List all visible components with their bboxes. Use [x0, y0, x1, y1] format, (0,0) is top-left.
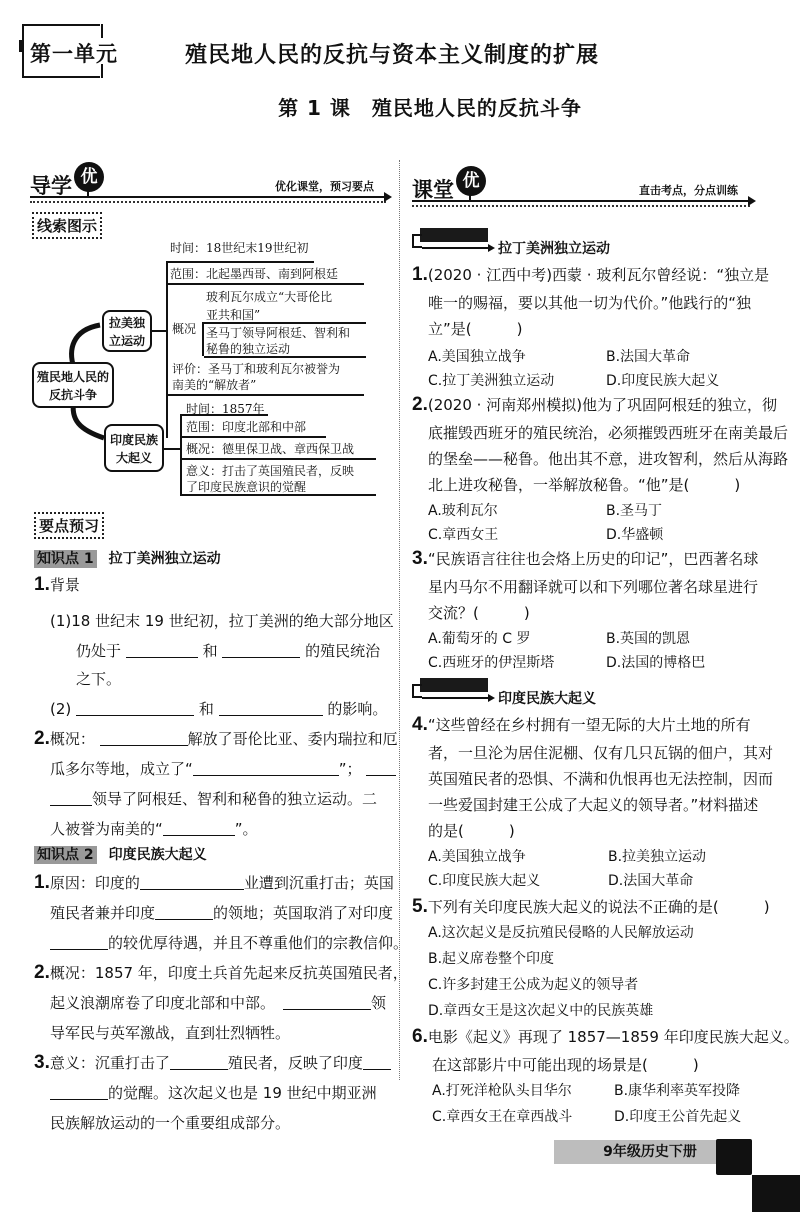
preview-tag: 要点预习	[34, 512, 104, 539]
question-number: 5.	[412, 896, 428, 917]
question-text: 北上进攻秘鲁，一举解放秘鲁。“他”是( )	[428, 474, 740, 495]
b2-scope: 范围：印度北部和中部	[186, 418, 306, 435]
option-d[interactable]: D.印度王公首先起义	[614, 1106, 741, 1126]
branch-india: 印度民族大起义	[104, 424, 164, 472]
connector	[422, 247, 490, 249]
option-d[interactable]: D.华盛顿	[606, 524, 663, 544]
page-tab-marker	[716, 1139, 752, 1175]
topic-label: 拉丁美洲独立运动	[498, 238, 610, 258]
b1-overview-label: 概况	[172, 320, 196, 337]
arrow-right-icon	[384, 192, 392, 202]
section-slogan: 直击考点，分点训练	[639, 182, 738, 198]
answer-blank[interactable]	[76, 702, 194, 716]
item-number: 1.	[34, 574, 50, 595]
kp2-item2-b: 起义浪潮席卷了印度北部和中部。领	[50, 992, 386, 1013]
connector	[166, 261, 314, 263]
question-5: 5.下列有关印度民族大起义的说法不正确的是( )	[412, 896, 770, 918]
b1-overview-2b: 秘鲁的独立运动	[206, 340, 290, 357]
option-c[interactable]: C.章西女王	[428, 524, 498, 544]
text: 领	[371, 994, 386, 1012]
kp1-item2-c: 领导了阿根廷、智利和秘鲁的独立运动。二	[50, 788, 377, 809]
section-rule	[412, 200, 750, 202]
answer-blank[interactable]	[155, 906, 213, 920]
kp1-item2: 2.概况： 解放了哥伦比亚、委内瑞拉和厄	[34, 728, 398, 750]
text: 的领地；英国取消了对印度	[213, 904, 393, 922]
option-c[interactable]: C.章西女王在章西战斗	[432, 1106, 572, 1126]
question-text: “这些曾经在乡村拥有一望无际的大片土地的所有	[428, 716, 751, 734]
question-text: 英国殖民者的恐惧、不满和仇恨再也无法控制，因而	[428, 768, 773, 789]
kp2-item2: 2.概况：1857 年，印度土兵首先起来反抗英国殖民者，	[34, 962, 408, 984]
answer-blank[interactable]	[170, 1056, 228, 1070]
text: 领导了阿根廷、智利和秘鲁的独立运动。二	[92, 790, 377, 808]
option-a[interactable]: A.美国独立战争	[428, 346, 526, 366]
topic-marker	[420, 228, 488, 242]
section-header-guide: 导学 优 优化课堂，预习要点	[30, 160, 392, 200]
answer-blank[interactable]	[163, 822, 235, 836]
text: ”。	[235, 820, 258, 838]
connector	[164, 448, 180, 450]
excellence-badge-icon: 优	[74, 162, 104, 192]
section-rule	[30, 196, 386, 198]
kp2-item1-c: 的较优厚待遇，并且不尊重他们的宗教信仰。	[50, 932, 408, 953]
question-number: 3.	[412, 548, 428, 569]
question-text: (2020 · 河南郑州模拟)他为了巩固阿根廷的独立，彻	[428, 396, 777, 414]
section-dotted-rule	[412, 205, 750, 207]
text: 原因：印度的	[50, 874, 140, 892]
question-text: 的堡垒——秘鲁。他出其不意，进攻智利，然后从海路	[428, 448, 788, 469]
kp2-item1-b: 殖民者兼并印度的领地；英国取消了对印度	[50, 902, 393, 923]
kp1-item2-d: 人被誉为南美的“”。	[50, 818, 258, 839]
knowledge-point-1: 知识点 1拉丁美洲独立运动	[34, 548, 221, 568]
lesson-title: 第 1 课 殖民地人民的反抗斗争	[0, 92, 800, 121]
page-edge-marker	[752, 1175, 800, 1212]
text: 起义浪潮席卷了印度北部和中部。	[50, 994, 275, 1012]
answer-blank[interactable]	[283, 996, 371, 1010]
kp1-item1-s1-end: 之下。	[76, 668, 121, 689]
answer-blank[interactable]	[126, 644, 198, 658]
question-text: “民族语言往往也会烙上历史的印记”，巴西著名球	[428, 550, 759, 568]
connector	[180, 494, 376, 496]
option-a[interactable]: A.打死洋枪队头目华尔	[432, 1080, 572, 1100]
arrow-right-icon	[748, 196, 756, 206]
question-text: 星内马尔不用翻译就可以和下列哪位著名球星进行	[428, 576, 758, 597]
text: 殖民者兼并印度	[50, 904, 155, 922]
option-a[interactable]: A.这次起义是反抗殖民侵略的人民解放运动	[428, 922, 694, 942]
question-text: 的是( )	[428, 820, 515, 841]
option-c[interactable]: C.许多封建王公成为起义的领导者	[428, 974, 638, 994]
question-4: 4.“这些曾经在乡村拥有一望无际的大片土地的所有	[412, 714, 751, 736]
root-node: 殖民地人民的反抗斗争	[32, 362, 114, 408]
option-b[interactable]: B.康华利率英军投降	[614, 1080, 740, 1100]
answer-blank[interactable]	[366, 762, 396, 776]
branch-latin-america: 拉美独立运动	[102, 310, 152, 352]
kp1-item1-s2: (2) 和 的影响。	[50, 698, 387, 719]
topic-label: 印度民族大起义	[498, 688, 596, 708]
question-text: 一些爱国封建王公成了大起义的领导者。”材料描述	[428, 794, 758, 815]
option-b[interactable]: B.拉美独立运动	[608, 846, 706, 866]
answer-blank[interactable]	[50, 792, 92, 806]
connector	[202, 322, 204, 356]
option-a[interactable]: A.玻利瓦尔	[428, 500, 498, 520]
text: 和	[199, 700, 214, 718]
item-number: 3.	[34, 1052, 50, 1073]
question-text: 唯一的赐福，要以其他一切为代价。”他践行的“独	[428, 292, 751, 313]
connector	[166, 394, 364, 396]
question-text: 电影《起义》再现了 1857—1859 年印度民族大起义。	[428, 1028, 799, 1046]
question-number: 6.	[412, 1026, 428, 1047]
text: 业遭到沉重打击；英国	[244, 874, 394, 892]
kp1-item1-s1: (1)18 世纪末 19 世纪初，拉丁美洲的绝大部分地区	[50, 610, 394, 631]
text: 的殖民统治	[305, 642, 380, 660]
connector	[180, 458, 376, 460]
option-c[interactable]: C.印度民族大起义	[428, 870, 540, 890]
mind-map: 殖民地人民的反抗斗争 拉美独立运动 时间：18世纪末19世纪初 范围：北起墨西哥…	[0, 230, 400, 500]
bracket-line	[412, 234, 422, 248]
item-number: 2.	[34, 728, 50, 749]
item-title: 背景	[50, 576, 80, 594]
connector	[180, 414, 182, 494]
option-b[interactable]: B.圣马丁	[606, 500, 662, 520]
question-3: 3.“民族语言往往也会烙上历史的印记”，巴西著名球	[412, 548, 758, 570]
question-1: 1.(2020 · 江西中考)西蒙 · 玻利瓦尔曾经说：“独立是	[412, 264, 769, 286]
b2-meaning-b: 了印度民族意识的觉醒	[186, 478, 306, 495]
text: 和	[203, 642, 218, 660]
option-d[interactable]: D.法国的博格巴	[606, 652, 705, 672]
answer-blank[interactable]	[193, 762, 339, 776]
text: (2)	[50, 700, 71, 718]
text: 的觉醒。这次起义也是 19 世纪中期亚洲	[108, 1084, 377, 1102]
question-number: 2.	[412, 394, 428, 415]
kp2-item3: 3.意义：沉重打击了殖民者，反映了印度	[34, 1052, 391, 1074]
connector	[166, 283, 364, 285]
option-a[interactable]: A.美国独立战争	[428, 846, 526, 866]
text: ”；	[339, 760, 362, 778]
excellence-badge-icon: 优	[456, 166, 486, 196]
answer-blank[interactable]	[222, 644, 300, 658]
knowledge-point-2: 知识点 2印度民族大起义	[34, 844, 207, 864]
answer-blank[interactable]	[100, 732, 188, 746]
text: 解放了哥伦比亚、委内瑞拉和厄	[188, 730, 398, 748]
option-d[interactable]: D.法国大革命	[608, 870, 693, 890]
option-b[interactable]: B.起义席卷整个印度	[428, 948, 554, 968]
bracket-line	[412, 684, 422, 698]
question-text: 下列有关印度民族大起义的说法不正确的是( )	[428, 898, 770, 916]
kp2-item3-b: 的觉醒。这次起义也是 19 世纪中期亚洲	[50, 1082, 377, 1103]
b2-overview: 概况：德里保卫战、章西保卫战	[186, 440, 354, 457]
answer-blank[interactable]	[219, 702, 323, 716]
answer-blank[interactable]	[50, 1086, 108, 1100]
section-dotted-rule	[30, 201, 386, 203]
kp1-item1: 1.背景	[34, 574, 80, 596]
text: 仍处于	[76, 642, 121, 660]
option-c[interactable]: C.拉丁美洲独立运动	[428, 370, 554, 390]
kp-title: 拉丁美洲独立运动	[109, 551, 221, 567]
topic-marker	[420, 678, 488, 692]
text: 殖民者，反映了印度	[228, 1054, 363, 1072]
question-text: 底摧毁西班牙的殖民统治，必须摧毁西班牙在南美最后	[428, 422, 788, 443]
question-number: 1.	[412, 264, 428, 285]
item-number: 1.	[34, 872, 50, 893]
text: 瓜多尔等地，成立了“	[50, 760, 193, 778]
kp-tag: 知识点 1	[34, 550, 97, 568]
kp2-item1: 1.原因：印度的业遭到沉重打击；英国	[34, 872, 394, 894]
kp1-item1-s1-fill: 仍处于 和 的殖民统治	[76, 640, 380, 661]
arrow-right-icon	[488, 244, 495, 252]
connector	[152, 330, 167, 332]
option-d[interactable]: D.印度民族大起义	[606, 370, 719, 390]
option-b[interactable]: B.法国大革命	[606, 346, 690, 366]
section-slogan: 优化课堂，预习要点	[275, 178, 374, 194]
section-header-class: 课堂 优 直击考点，分点训练	[412, 164, 756, 204]
b1-time: 时间：18世纪末19世纪初	[170, 239, 309, 256]
connector	[180, 436, 326, 438]
kp2-item2-c: 导军民与英军激战，直到壮烈牺牲。	[50, 1022, 290, 1043]
b1-overview-1b: 亚共和国”	[206, 306, 260, 323]
kp1-item2-b: 瓜多尔等地，成立了“”；	[50, 758, 396, 779]
b2-meaning-a: 意义：打击了英国殖民者，反映	[186, 462, 354, 479]
option-b[interactable]: B.英国的凯恩	[606, 628, 690, 648]
kp-tag: 知识点 2	[34, 846, 97, 864]
unit-title: 殖民地人民的反抗与资本主义制度的扩展	[185, 38, 599, 69]
answer-blank[interactable]	[50, 936, 108, 950]
item-number: 2.	[34, 962, 50, 983]
question-text: 交流？( )	[428, 602, 530, 623]
question-text: 在这部影片中可能出现的场景是( )	[432, 1054, 699, 1075]
b1-eval-a: 评价：圣马丁和玻利瓦尔被誉为	[172, 360, 340, 377]
text: 的较优厚待遇，并且不尊重他们的宗教信仰。	[108, 934, 408, 952]
connector	[204, 356, 366, 358]
b1-scope: 范围：北起墨西哥、南到阿根廷	[170, 265, 338, 282]
connector	[180, 414, 268, 416]
text: 人被誉为南美的“	[50, 820, 163, 838]
answer-blank[interactable]	[363, 1056, 391, 1070]
option-a[interactable]: A.葡萄牙的 C 罗	[428, 628, 530, 648]
question-2: 2.(2020 · 河南郑州模拟)他为了巩固阿根廷的独立，彻	[412, 394, 777, 416]
b1-eval-b: 南美的“解放者”	[172, 376, 256, 393]
question-text: 者，一旦沦为居住泥棚、仅有几只瓦锅的佃户，其对	[428, 742, 773, 763]
b1-overview-2a: 圣马丁领导阿根廷、智利和	[206, 324, 350, 341]
unit-label: 第一单元	[30, 38, 118, 68]
b1-overview-1a: 玻利瓦尔成立“大哥伦比	[206, 288, 332, 305]
text: 意义：沉重打击了	[50, 1054, 170, 1072]
question-text: (2020 · 江西中考)西蒙 · 玻利瓦尔曾经说：“独立是	[428, 266, 769, 284]
text: 的影响。	[327, 700, 387, 718]
connector	[166, 263, 168, 438]
question-text: 立”是( )	[428, 318, 522, 339]
question-6: 6.电影《起义》再现了 1857—1859 年印度民族大起义。	[412, 1026, 799, 1048]
arrow-right-icon	[488, 694, 495, 702]
text: 概况：1857 年，印度土兵首先起来反抗英国殖民者，	[50, 964, 408, 982]
option-d[interactable]: D.章西女王是这次起义中的民族英雄	[428, 1000, 653, 1020]
kp-title: 印度民族大起义	[109, 847, 207, 863]
text: 概况：	[50, 730, 95, 748]
answer-blank[interactable]	[140, 876, 244, 890]
option-c[interactable]: C.西班牙的伊涅斯塔	[428, 652, 554, 672]
connector	[422, 697, 490, 699]
question-number: 4.	[412, 714, 428, 735]
kp2-item3-c: 民族解放运动的一个重要组成部分。	[50, 1112, 290, 1133]
